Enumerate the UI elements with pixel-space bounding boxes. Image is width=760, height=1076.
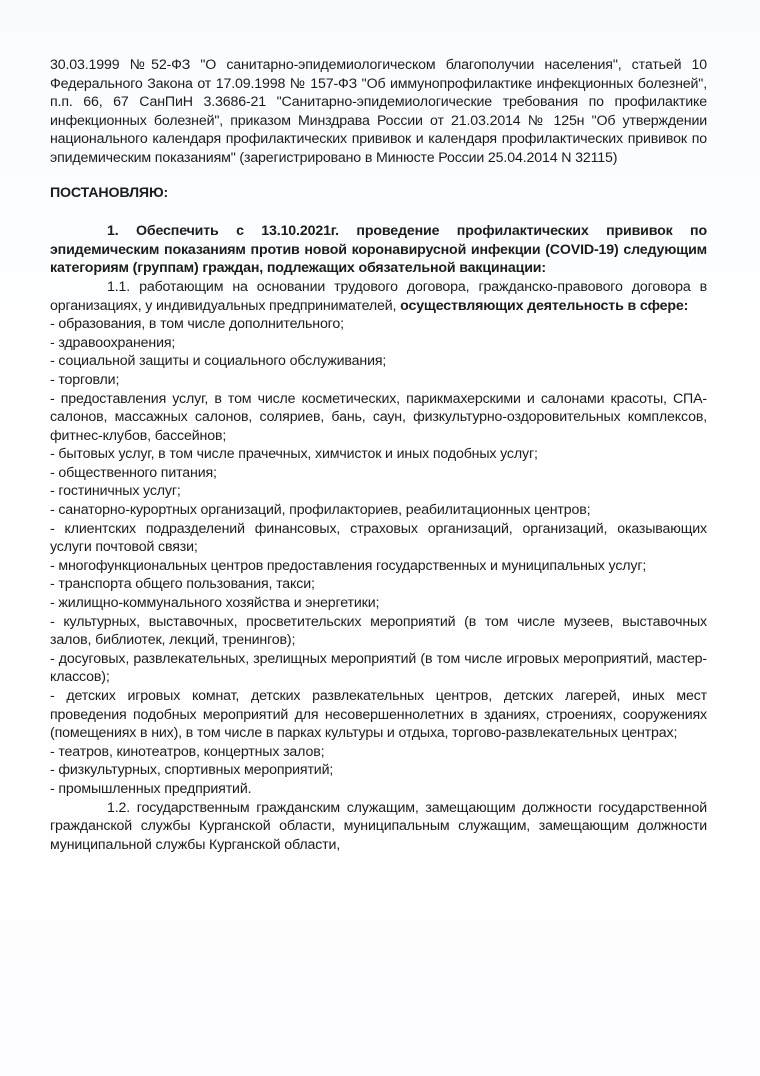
sphere-item: - социальной защиты и социального обслуж… <box>50 352 707 371</box>
clause-1-1: 1.1. работающим на основании трудового д… <box>50 278 707 315</box>
sphere-item: - торговли; <box>50 371 707 390</box>
sphere-item: - здравоохранения; <box>50 334 707 353</box>
preamble-paragraph: 30.03.1999 №52-ФЗ "О санитарно-эпидемиол… <box>50 56 707 168</box>
sphere-item: - гостиничных услуг; <box>50 482 707 501</box>
sphere-item: - жилищно-коммунального хозяйства и энер… <box>50 594 707 613</box>
sphere-item: - бытовых услуг, в том числе прачечных, … <box>50 445 707 464</box>
clause-1-1-bold: осуществляющих деятельность в сфере: <box>400 298 688 314</box>
spheres-list: - образования, в том числе дополнительно… <box>50 315 707 798</box>
sphere-item: - физкультурных, спортивных мероприятий; <box>50 761 707 780</box>
clause-1-2: 1.2. государственным гражданским служащи… <box>50 799 707 855</box>
sphere-item: - многофункциональных центров предоставл… <box>50 557 707 576</box>
sphere-item: - общественного питания; <box>50 464 707 483</box>
resolution-heading: ПОСТАНОВЛЯЮ: <box>50 184 707 203</box>
sphere-item: - детских игровых комнат, детских развле… <box>50 687 707 743</box>
document-body: 30.03.1999 №52-ФЗ "О санитарно-эпидемиол… <box>50 56 707 854</box>
sphere-item: - культурных, выставочных, просветительс… <box>50 613 707 650</box>
sphere-item: - театров, кинотеатров, концертных залов… <box>50 743 707 762</box>
clause-1: 1. Обеспечить с 13.10.2021г. проведение … <box>50 222 707 278</box>
sphere-item: - образования, в том числе дополнительно… <box>50 315 707 334</box>
sphere-item: - транспорта общего пользования, такси; <box>50 575 707 594</box>
sphere-item: - санаторно-курортных организаций, профи… <box>50 501 707 520</box>
document-page: 30.03.1999 №52-ФЗ "О санитарно-эпидемиол… <box>0 0 760 1076</box>
sphere-item: - предоставления услуг, в том числе косм… <box>50 390 707 446</box>
sphere-item: - клиентских подразделений финансовых, с… <box>50 520 707 557</box>
sphere-item: - досуговых, развлекательных, зрелищных … <box>50 650 707 687</box>
sphere-item: - промышленных предприятий. <box>50 780 707 799</box>
